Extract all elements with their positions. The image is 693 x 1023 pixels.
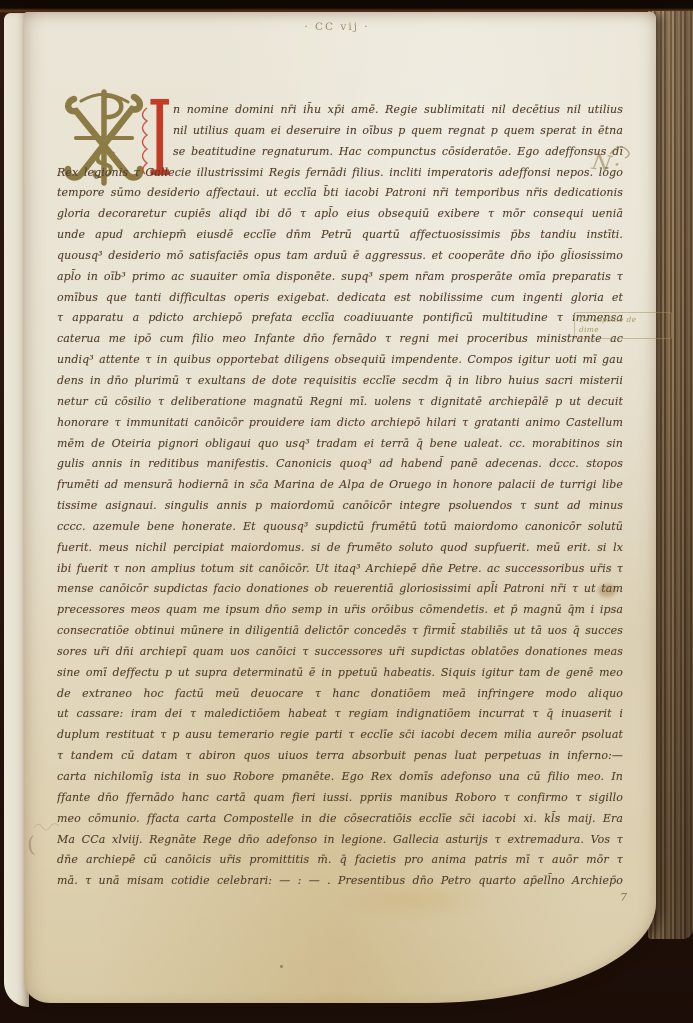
text-line: gulis annis in reditibus manifestis. Can… [57, 454, 623, 475]
text-line: unde apud archiepm̄ eiusdē ecclīe dn̄m… [57, 225, 623, 246]
text-line: fuerit. meus nichil percipiat maiordomus… [57, 538, 623, 559]
text-line: duplum restituat τ p ausu temerario regi… [57, 725, 623, 746]
ink-smudge [598, 584, 616, 597]
corner-pen-mark: 7 [620, 891, 627, 904]
text-line: netur cū cōsilio τ deliberatione magna… [57, 392, 623, 413]
ink-speck [584, 975, 589, 980]
margin-bracket-left: ( [26, 833, 36, 859]
text-line: carta nichilomīg ista in suo Robore pma… [57, 767, 623, 788]
text-line: apl̄o in oīb³ primo ac suauiter omīa d… [57, 267, 623, 288]
text-line: mense canōicōr supdictas facio donatio… [57, 579, 623, 600]
parchment-stain [340, 880, 490, 920]
text-line: sores ur̄i dn̄i archiepī quam uos canō… [57, 642, 623, 663]
text-line: τ tandem cū datam τ abiron quos uiuos t… [57, 746, 623, 767]
margin-squiggle-icon [32, 820, 62, 832]
text-line: se beatitudine regnaturum. Hac compunctu… [173, 142, 623, 163]
ink-speck [280, 965, 283, 968]
text-line: consecratiōe obtinui mūnere in diligen… [57, 621, 623, 642]
text-line: frumēti ad mensurā hodiernā in sc̄a M… [57, 475, 623, 496]
text-line: quousq³ desiderio mō satisfaciēs opus … [57, 246, 623, 267]
text-line: omībus que tanti difficultas operis exi… [57, 288, 623, 309]
text-line: nil utilius quam ei deseruire in oībus … [173, 121, 623, 142]
text-line: mā. τ unā misam cotidie celebrari: — :… [57, 871, 623, 892]
text-line: Ma CCa xlviij. Regnāte Rege dn̄o adefon… [57, 830, 623, 851]
margin-note-box: De capsule de dime [574, 312, 672, 339]
manuscript-text: n nomine domini nr̄i ih̄u xp̄i amē. Reg… [57, 100, 623, 892]
text-line: ffante dn̄o ffernādo hanc cartā quam f… [57, 788, 623, 809]
text-line: tempore sūmo desiderio affectaui. ut ec… [57, 183, 623, 204]
text-line: Rex legionis τ Gallecie illustrissimi Re… [57, 163, 623, 184]
text-line: ibi fuerit τ non amplius totum sit canō… [57, 559, 623, 580]
text-line: tissime asignaui. singulis annis p maior… [57, 496, 623, 517]
text-line: n nomine domini nr̄i ih̄u xp̄i amē. Reg… [173, 100, 623, 121]
text-line: τ apparatu a pdicto archiepō prefata ec… [57, 308, 623, 329]
text-line: mēm de Oteiria pignori obligaui quo usq… [57, 434, 623, 455]
line-end-flourish-icon [608, 140, 632, 160]
text-line: dens in dn̄o plurimū τ exultans de dote… [57, 371, 623, 392]
text-line: meo cōmunio. ffacta carta Compostelle i… [57, 809, 623, 830]
margin-note-line: De capsule de [579, 315, 667, 325]
text-line: undiq³ attente τ in quibus opportebat di… [57, 350, 623, 371]
text-line: caterua me ipō cum filio meo Infante dn… [57, 329, 623, 350]
text-line: de extraneo hoc factū meū deuocare τ h… [57, 684, 623, 705]
text-line: dn̄e archiepē cū canōicis ur̄is promi… [57, 850, 623, 871]
text-line: honorare τ immunitati canōicōr prouide… [57, 413, 623, 434]
folio-number: · CC vij · [287, 21, 387, 33]
text-line: sine omī deffectu p ut supra determinat… [57, 663, 623, 684]
text-line: cccc. azemule bene honerate. Et quousq³ … [57, 517, 623, 538]
text-line: gloria decoraretur cupiēs aliqd ibi dō… [57, 204, 623, 225]
manuscript-photo: · CC vij · S I n nomine domini nr̄i ih̄u… [0, 0, 693, 1023]
text-line: ut cassare: iram dei τ maledictiōem hab… [57, 704, 623, 725]
text-line: precessores meos quam me ipsum dn̄o semp… [57, 600, 623, 621]
margin-note-line: dime [579, 325, 667, 335]
